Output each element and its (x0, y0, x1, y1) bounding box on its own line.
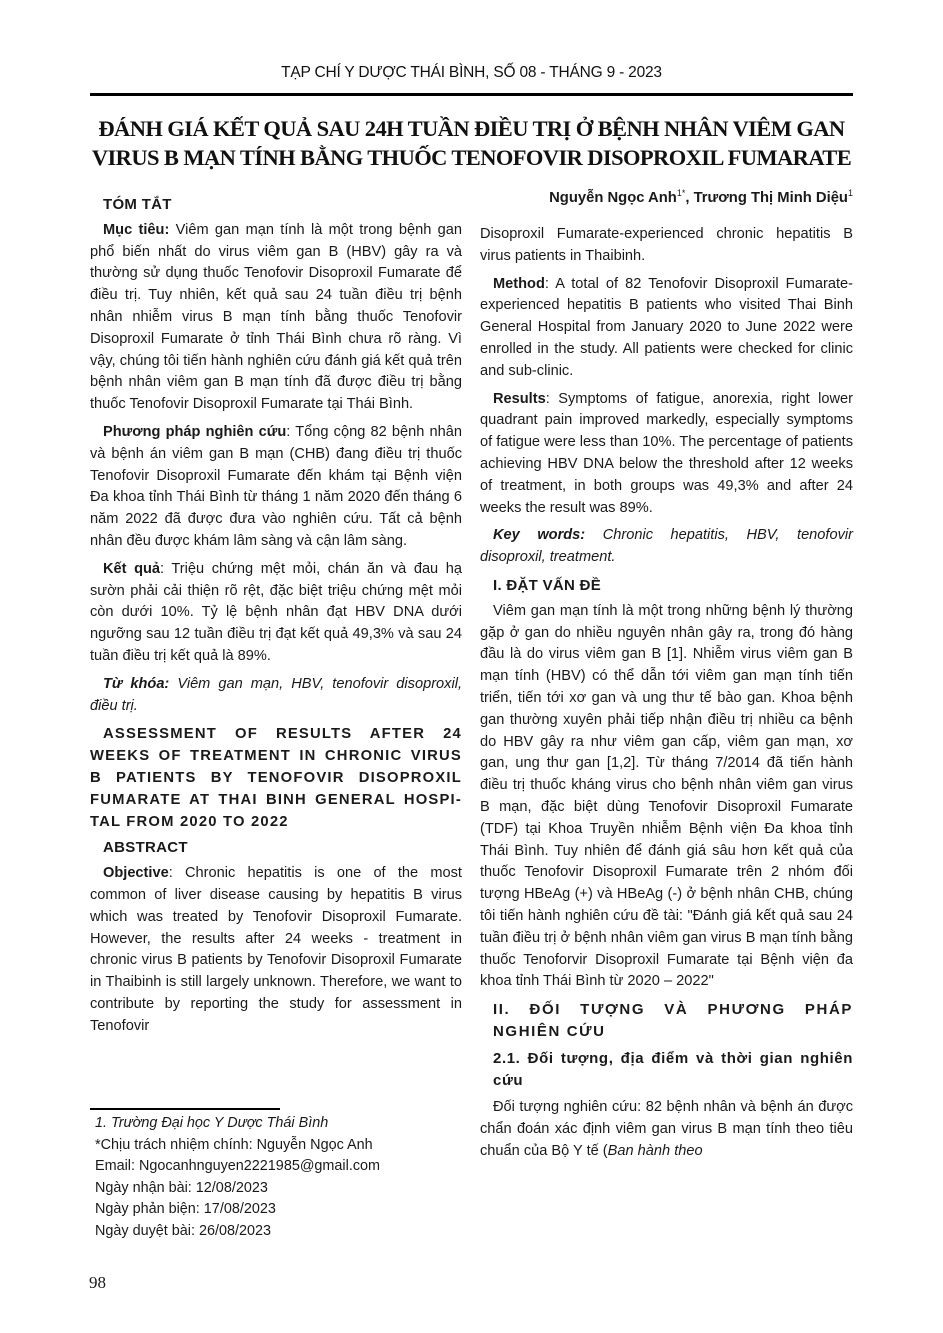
title-line-1: ĐÁNH GIÁ KẾT QUẢ SAU 24H TUẦN ĐIỀU TRỊ Ở… (90, 114, 853, 143)
author-2: Trương Thị Minh Diệu (694, 190, 848, 206)
footnote-email[interactable]: Email: Ngocanhnguyen2221985@gmail.com (90, 1156, 462, 1178)
section-1-paragraph: Viêm gan mạn tính là một trong những bện… (480, 601, 853, 993)
author-1: Nguyễn Ngọc Anh (549, 190, 677, 206)
method-label: Phương pháp nghiên cứu (103, 424, 286, 440)
abstract-objective-continued: Disoproxil Fumarate-experienced chronic … (480, 224, 853, 268)
section-2-heading: II. ĐỐI TƯỢNG VÀ PHƯƠNG PHÁP NGHIÊN CỨU (480, 999, 853, 1043)
page-number: 98 (89, 1273, 106, 1293)
method-text: : Tổng cộng 82 bệnh nhân và bệnh án viêm… (90, 424, 462, 549)
abstract-method: Method: A total of 82 Tenofovir Disoprox… (480, 274, 853, 383)
footnote-reviewed: Ngày phản biện: 17/08/2023 (90, 1199, 462, 1221)
abstract-objective-label: Objective (103, 865, 169, 881)
abstract-results-label: Results (493, 391, 546, 407)
abstract-heading: ABSTRACT (90, 837, 462, 859)
footnote-corresponding: *Chịu trách nhiệm chính: Nguyễn Ngọc Anh (90, 1135, 462, 1157)
right-column: Disoproxil Fumarate-experienced chronic … (480, 224, 853, 1168)
journal-header: TẠP CHÍ Y DƯỢC THÁI BÌNH, SỐ 08 - THÁNG … (90, 64, 853, 82)
title-line-2: VIRUS B MẠN TÍNH BẰNG THUỐC TENOFOVIR DI… (90, 143, 853, 172)
author-2-affiliation: 1 (848, 188, 853, 198)
section-1-heading: I. ĐẶT VẤN ĐỀ (480, 575, 853, 597)
footnote-received: Ngày nhận bài: 12/08/2023 (90, 1178, 462, 1200)
keywords-label: Từ khóa: (103, 676, 169, 692)
article-title: ĐÁNH GIÁ KẾT QUẢ SAU 24H TUẦN ĐIỀU TRỊ Ở… (90, 114, 853, 172)
summary-results: Kết quả: Triệu chứng mệt mỏi, chán ăn và… (90, 559, 462, 668)
footnote-accepted: Ngày duyệt bài: 26/08/2023 (90, 1221, 462, 1243)
left-column: TÓM TẮT Mục tiêu: Viêm gan mạn tính là m… (90, 194, 462, 1044)
footnote-rule (90, 1108, 280, 1110)
abstract-results: Results: Symptoms of fatigue, anorexia, … (480, 389, 853, 520)
footnote-affiliation: 1. Trường Đại học Y Dược Thái Bình (90, 1113, 462, 1135)
abstract-results-text: : Symptoms of fatigue, anorexia, right l… (480, 391, 853, 516)
abstract-keywords: Key words: Chronic hepatitis, HBV, tenof… (480, 525, 853, 569)
abstract-objective: Objective: Chronic hepatitis is one of t… (90, 863, 462, 1037)
summary-keywords: Từ khóa: Viêm gan mạn, HBV, tenofovir di… (90, 674, 462, 718)
section-2-1-heading: 2.1. Đối tượng, địa điểm và thời gian ng… (480, 1048, 853, 1092)
abstract-method-label: Method (493, 276, 545, 292)
english-title: ASSESSMENT OF RESULTS AFTER 24 WEEKS OF … (90, 723, 462, 833)
summary-heading: TÓM TẮT (90, 194, 462, 216)
author-list: Nguyễn Ngọc Anh1*, Trương Thị Minh Diệu1 (480, 188, 853, 206)
header-rule (90, 93, 853, 96)
author-separator: , (685, 190, 693, 206)
abstract-objective-text: : Chronic hepatitis is one of the most c… (90, 865, 462, 1034)
summary-method: Phương pháp nghiên cứu: Tổng cộng 82 bện… (90, 422, 462, 553)
abstract-keywords-label: Key words: (493, 527, 585, 543)
summary-objective: Mục tiêu: Viêm gan mạn tính là một trong… (90, 220, 462, 416)
section-2-1-paragraph: Đối tượng nghiên cứu: 82 bệnh nhân và bệ… (480, 1097, 853, 1162)
objective-text: Viêm gan mạn tính là một trong bệnh gan … (90, 222, 462, 412)
results-label: Kết quả (103, 561, 160, 577)
footnotes: 1. Trường Đại học Y Dược Thái Bình *Chịu… (90, 1113, 462, 1242)
objective-label: Mục tiêu: (103, 222, 169, 238)
